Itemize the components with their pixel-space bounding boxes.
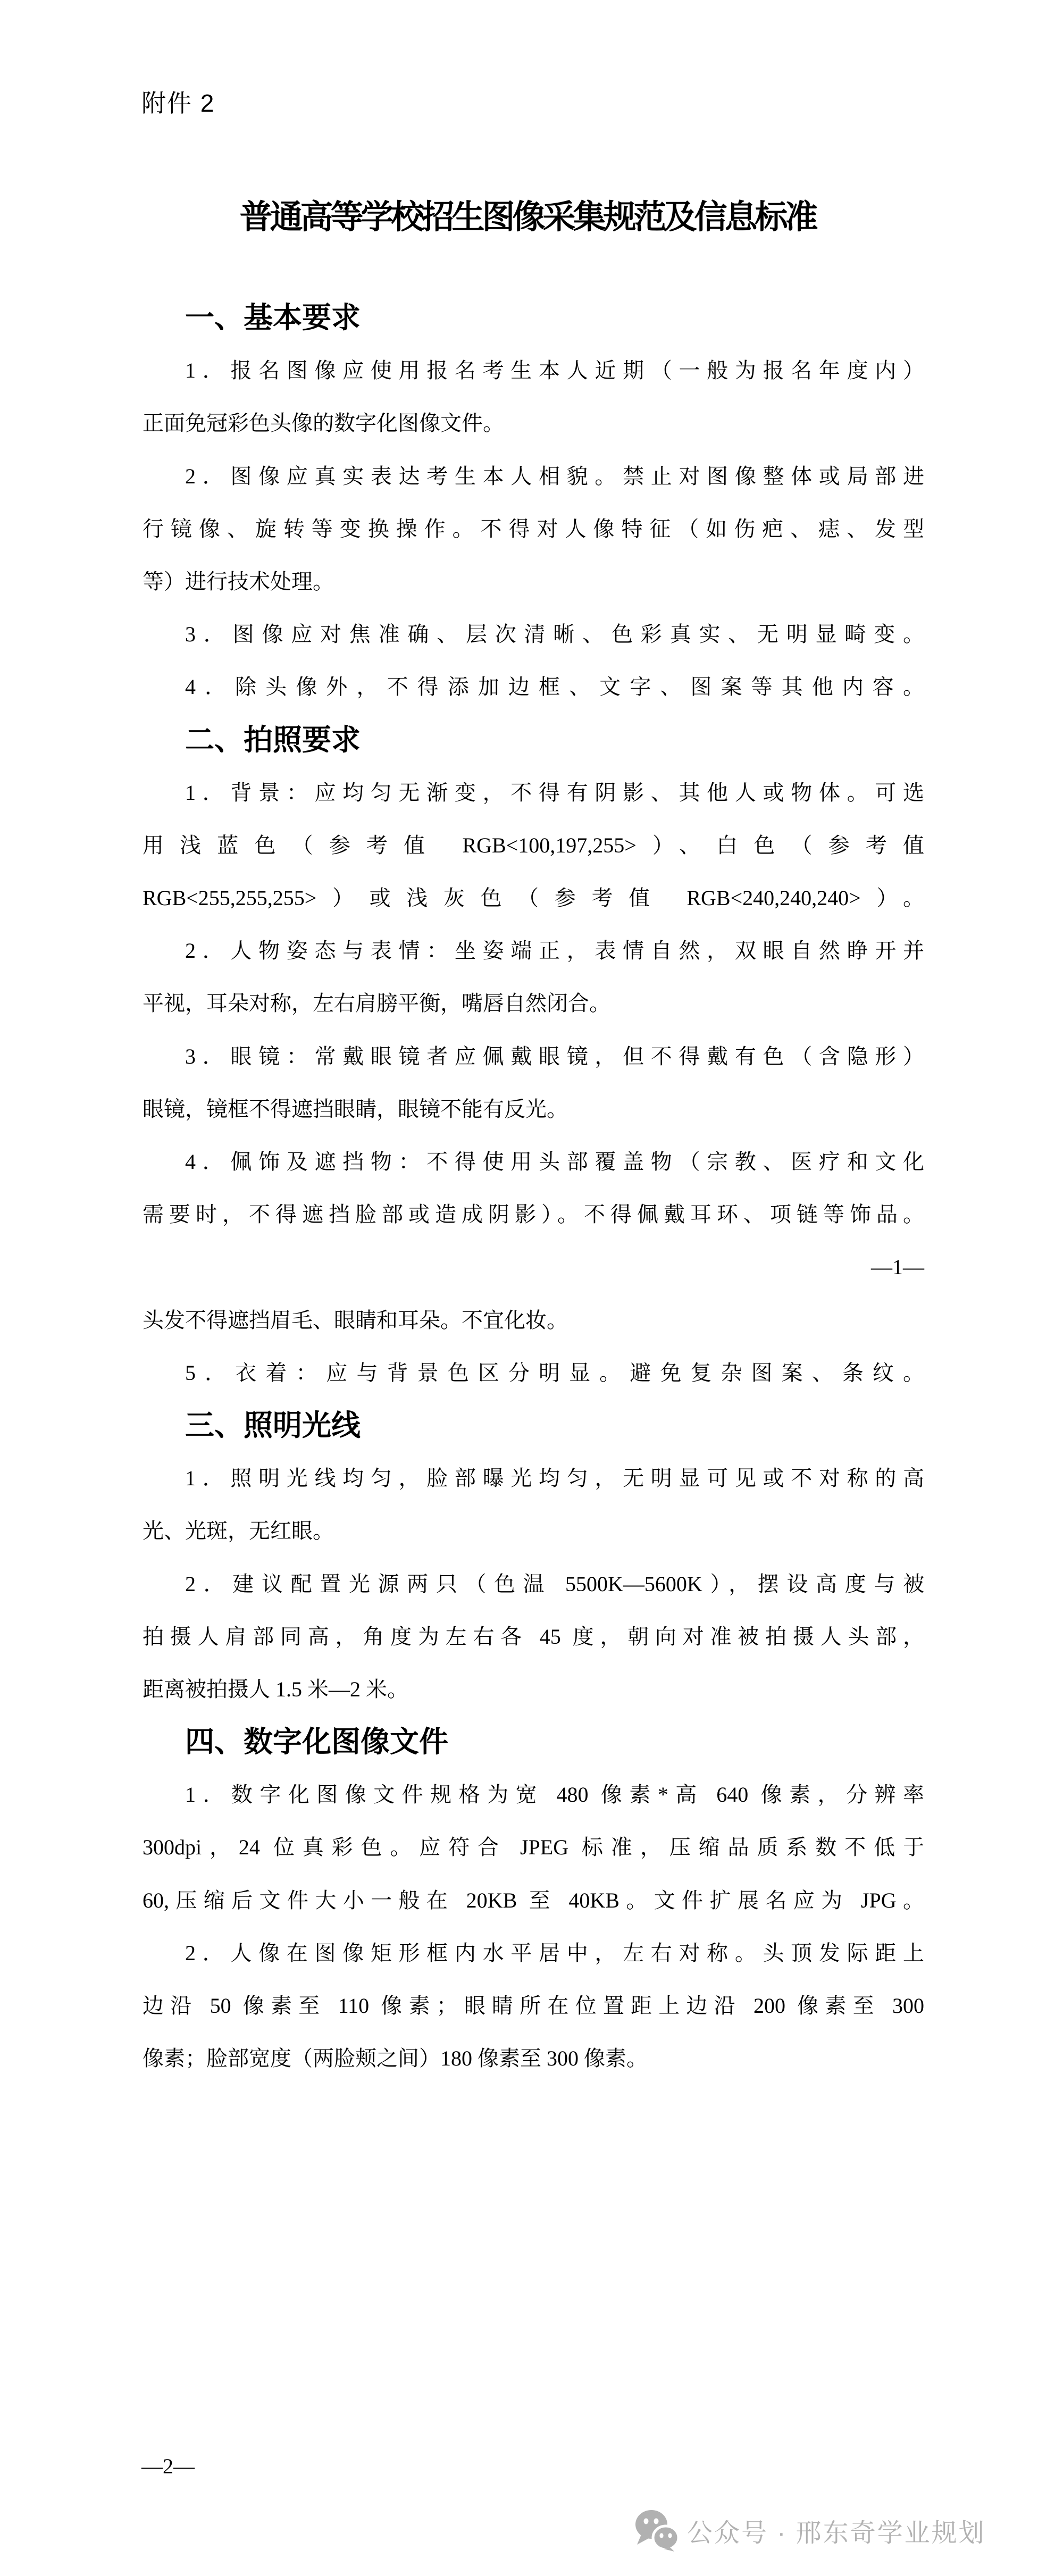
doc-line: 2．建议配置光源两只（色温 5500K—5600K），摆设高度与被: [143, 1558, 924, 1610]
doc-line: 60,压缩后文件大小一般在 20KB 至 40KB。文件扩展名应为 JPG。: [143, 1874, 924, 1927]
doc-line: 1．数字化图像文件规格为宽 480 像素*高 640 像素，分辨率: [143, 1768, 924, 1821]
watermark: 公众号 · 邢东奇学业规划: [634, 2509, 986, 2552]
doc-line: 距离被拍摄人 1.5 米—2 米。: [143, 1663, 924, 1716]
page-number-2: —2—: [141, 2450, 195, 2482]
doc-line: 需要时，不得遮挡脸部或造成阴影）。不得佩戴耳环、项链等饰品。: [143, 1188, 924, 1241]
doc-line: 5．衣着：应与背景色区分明显。避免复杂图案、条纹。: [143, 1346, 924, 1399]
doc-line: 一、基本要求: [143, 291, 924, 344]
doc-line: 正面免冠彩色头像的数字化图像文件。: [143, 397, 924, 449]
doc-line: 2．人物姿态与表情：坐姿端正，表情自然，双眼自然睁开并: [143, 924, 924, 977]
doc-line: 3．眼镜：常戴眼镜者应佩戴眼镜，但不得戴有色（含隐形）: [143, 1030, 924, 1083]
doc-line: 平视，耳朵对称，左右肩膀平衡，嘴唇自然闭合。: [143, 977, 924, 1030]
doc-line: RGB<255,255,255>）或浅灰色（参考值 RGB<240,240,24…: [143, 872, 924, 924]
doc-line: 拍摄人肩部同高，角度为左右各 45 度，朝向对准被拍摄人头部，: [143, 1610, 924, 1663]
doc-line: 1．照明光线均匀，脸部曝光均匀，无明显可见或不对称的高: [143, 1452, 924, 1504]
doc-line: 三、照明光线: [143, 1399, 924, 1452]
doc-line: 用浅蓝色（参考值 RGB<100,197,255>）、白色（参考值: [143, 819, 924, 872]
page-title: 普通高等学校招生图像采集规范及信息标准: [0, 190, 1055, 238]
doc-line: 1．背景：应均匀无渐变，不得有阴影、其他人或物体。可选: [143, 766, 924, 819]
doc-line: 1．报名图像应使用报名考生本人近期（一般为报名年度内）: [143, 344, 924, 397]
doc-line: 眼镜，镜框不得遮挡眼睛，眼镜不能有反光。: [143, 1083, 924, 1135]
attachment-label: 附件 2: [141, 84, 215, 119]
doc-line: 2．人像在图像矩形框内水平居中，左右对称。头顶发际距上: [143, 1927, 924, 1979]
document-body: 一、基本要求1．报名图像应使用报名考生本人近期（一般为报名年度内）正面免冠彩色头…: [143, 291, 924, 2085]
doc-line: 3．图像应对焦准确、层次清晰、色彩真实、无明显畸变。: [143, 608, 924, 660]
doc-line: 二、拍照要求: [143, 714, 924, 766]
doc-line: 头发不得遮挡眉毛、眼睛和耳朵。不宜化妆。: [143, 1294, 924, 1346]
doc-line: 4．除头像外，不得添加边框、文字、图案等其他内容。: [143, 660, 924, 713]
doc-line: 等）进行技术处理。: [143, 555, 924, 608]
doc-line: 300dpi，24 位真彩色。应符合 JPEG 标准，压缩品质系数不低于: [143, 1821, 924, 1874]
doc-line: 2．图像应真实表达考生本人相貌。禁止对图像整体或局部进: [143, 450, 924, 503]
wechat-icon: [634, 2509, 679, 2552]
doc-line: 行镜像、旋转等变换操作。不得对人像特征（如伤疤、痣、发型: [143, 503, 924, 555]
doc-line: —1—: [143, 1241, 924, 1293]
doc-line: 四、数字化图像文件: [143, 1716, 924, 1768]
doc-line: 4．佩饰及遮挡物：不得使用头部覆盖物（宗教、医疗和文化: [143, 1135, 924, 1188]
doc-line: 光、光斑，无红眼。: [143, 1504, 924, 1557]
doc-line: 像素；脸部宽度（两脸颊之间）180 像素至 300 像素。: [143, 2032, 924, 2085]
doc-line: 边沿 50 像素至 110 像素；眼睛所在位置距上边沿 200 像素至 300: [143, 1979, 924, 2032]
watermark-text: 公众号 · 邢东奇学业规划: [687, 2512, 986, 2549]
